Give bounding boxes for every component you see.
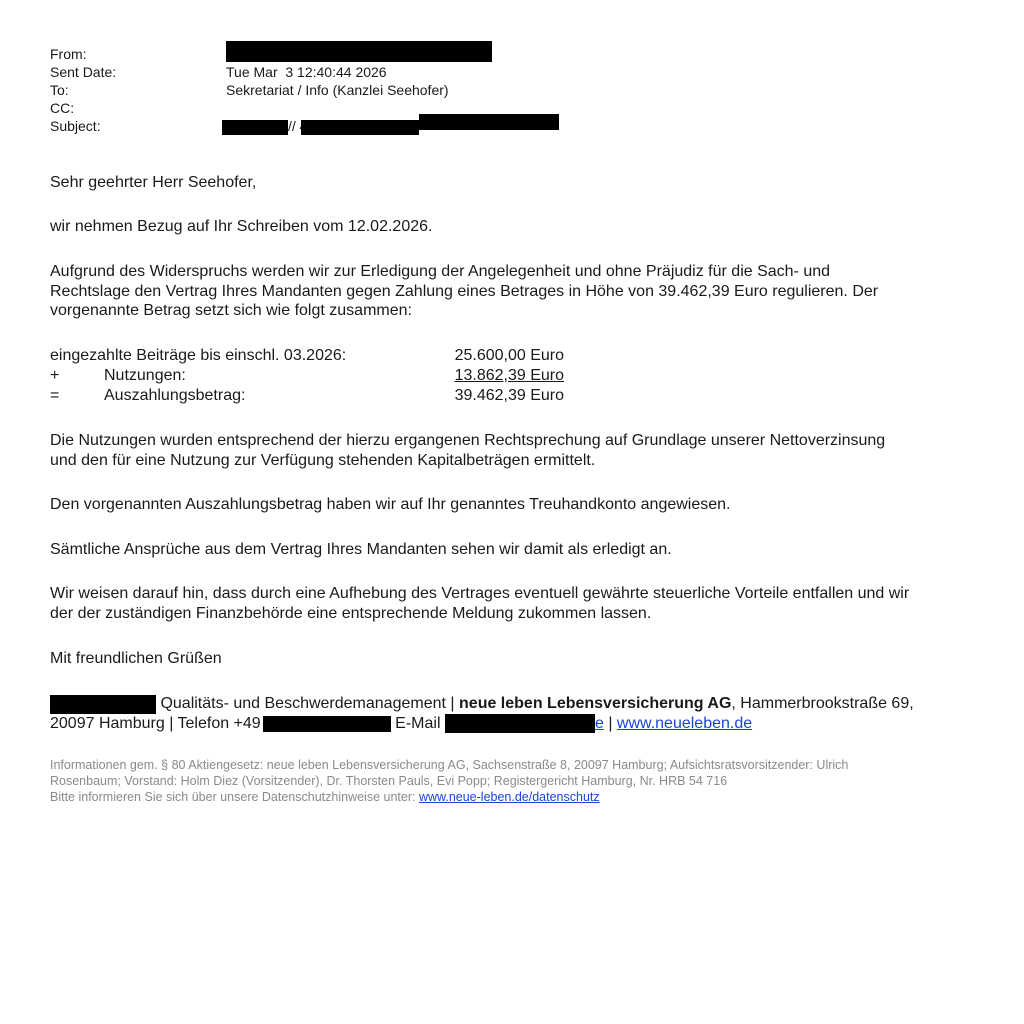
salutation: Sehr geehrter Herr Seehofer, — [50, 173, 1010, 193]
signature-department: Qualitäts- und Beschwerdemanagement — [160, 695, 446, 712]
calculation-sign: = — [50, 386, 59, 406]
subject-value: // 4 — [222, 117, 559, 135]
settlement-paragraph: Aufgrund des Widerspruchs werden wir zur… — [50, 262, 1010, 321]
signature-separator: | — [169, 715, 173, 732]
signature-email-link[interactable]: e — [445, 715, 604, 732]
redaction-block — [50, 695, 156, 714]
redaction-block — [263, 716, 391, 732]
sent-date-value: Tue Mar 3 12:40:44 2026 — [226, 63, 387, 81]
calculation-row: + Nutzungen: 13.862,39 Euro — [50, 366, 650, 386]
signature-phone-label: Telefon +49 — [178, 715, 261, 732]
privacy-policy-link[interactable]: www.neue-leben.de/datenschutz — [419, 790, 600, 804]
signature-address-part1: , Hammerbrookstraße 69, — [731, 695, 913, 712]
paragraph-line: der der zuständigen Finanzbehörde eine e… — [50, 604, 1010, 624]
calculation-label: eingezahlte Beiträge bis einschl. 03.202… — [50, 346, 346, 366]
transfer-paragraph: Den vorgenannten Auszahlungsbetrag haben… — [50, 495, 1010, 515]
tax-paragraph: Wir weisen darauf hin, dass durch eine A… — [50, 584, 1010, 623]
signature-company: neue leben Lebensversicherung AG — [459, 695, 731, 712]
signature-separator: | — [608, 715, 612, 732]
signature-address-part2: 20097 Hamburg — [50, 715, 165, 732]
sent-date-label: Sent Date: — [50, 63, 116, 81]
calculation-amount: 13.862,39 Euro — [455, 366, 564, 386]
calculation-row: eingezahlte Beiträge bis einschl. 03.202… — [50, 346, 650, 366]
paragraph-line: vorgenannte Betrag setzt sich wie folgt … — [50, 301, 1010, 321]
paragraph-line: Aufgrund des Widerspruchs werden wir zur… — [50, 262, 1010, 282]
calculation-row: = Auszahlungsbetrag: 39.462,39 Euro — [50, 386, 650, 406]
calculation-label: Auszahlungsbetrag: — [104, 386, 245, 406]
claims-settled-paragraph: Sämtliche Ansprüche aus dem Vertrag Ihre… — [50, 540, 1010, 560]
calculation-amount-total: 39.462,39 Euro — [455, 386, 564, 406]
paragraph-line: und den für eine Nutzung zur Verfügung s… — [50, 451, 1010, 471]
closing: Mit freundlichen Grüßen — [50, 649, 1010, 669]
legal-line: Bitte informieren Sie sich über unsere D… — [50, 789, 848, 805]
redaction-block — [445, 714, 595, 733]
email-visible-tail: e — [595, 715, 604, 732]
legal-line: Informationen gem. § 80 Aktiengesetz: ne… — [50, 757, 848, 773]
to-value: Sekretariat / Info (Kanzlei Seehofer) — [226, 81, 449, 99]
to-label: To: — [50, 81, 69, 99]
cc-label: CC: — [50, 99, 74, 117]
paragraph-line: Wir weisen darauf hin, dass durch eine A… — [50, 584, 1010, 604]
signature-email-label: E-Mail — [395, 715, 440, 732]
signature-line-2: 20097 Hamburg | Telefon +49 E-Mail e | w… — [50, 714, 752, 734]
paragraph-line: Rechtslage den Vertrag Ihres Mandanten g… — [50, 282, 1010, 302]
signature-separator: | — [450, 695, 454, 712]
subject-label: Subject: — [50, 117, 101, 135]
privacy-note-text: Bitte informieren Sie sich über unsere D… — [50, 790, 419, 804]
from-label: From: — [50, 45, 87, 63]
redaction-block — [301, 120, 419, 135]
signature-line-1: Qualitäts- und Beschwerdemanagement | ne… — [50, 694, 914, 714]
redaction-block — [419, 114, 559, 130]
website-link[interactable]: www.neueleben.de — [617, 715, 752, 732]
paragraph-line: Die Nutzungen wurden entsprechend der hi… — [50, 431, 1010, 451]
legal-line: Rosenbaum; Vorstand: Holm Diez (Vorsitze… — [50, 773, 848, 789]
legal-information: Informationen gem. § 80 Aktiengesetz: ne… — [50, 757, 848, 805]
from-value-redacted — [226, 45, 492, 63]
reference-paragraph: wir nehmen Bezug auf Ihr Schreiben vom 1… — [50, 217, 1010, 237]
usage-paragraph: Die Nutzungen wurden entsprechend der hi… — [50, 431, 1010, 470]
redaction-block — [222, 120, 288, 135]
calculation-label: Nutzungen: — [104, 366, 186, 386]
calculation-amount: 25.600,00 Euro — [455, 346, 564, 366]
redaction-block — [226, 41, 492, 62]
calculation-sign: + — [50, 366, 59, 386]
